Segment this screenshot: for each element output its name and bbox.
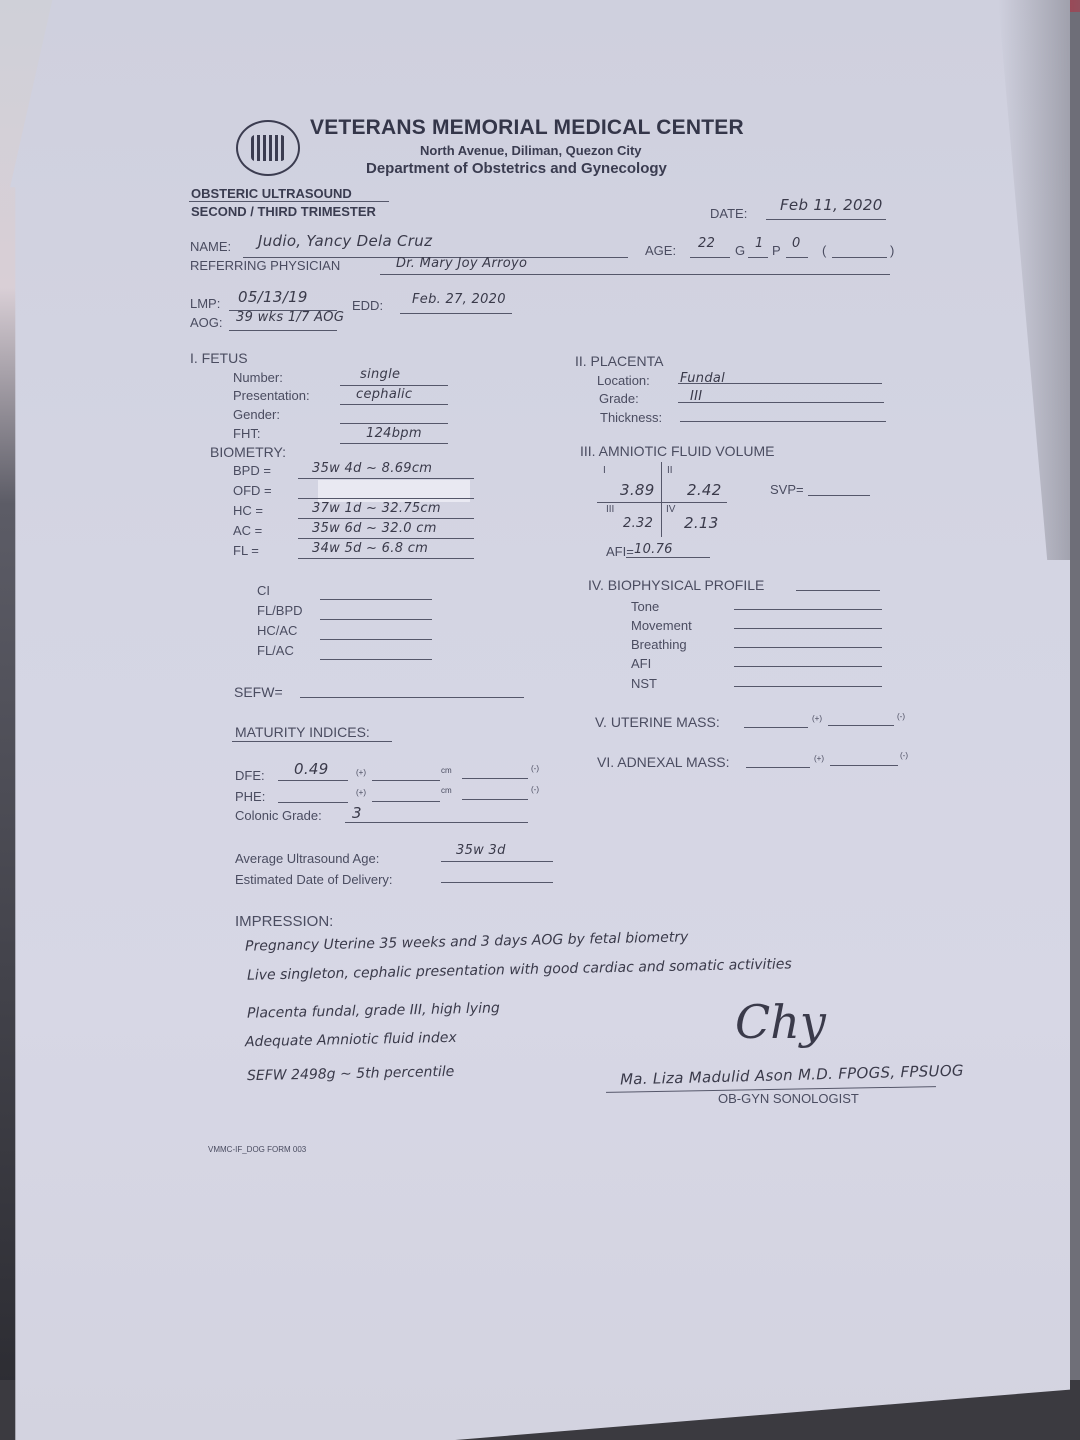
- fht-label: FHT:: [233, 426, 260, 441]
- biophysical-item-label: AFI: [631, 656, 651, 671]
- edd-value: Feb. 27, 2020: [412, 292, 506, 307]
- ratio-line: [320, 619, 432, 620]
- uterine-mass-plus: (+): [812, 714, 822, 723]
- sonologist-name: Ma. Liza Madulid Ason M.D. FPOGS, FPSUOG: [620, 1062, 964, 1089]
- hospital-seal-icon: [236, 120, 300, 176]
- avg-us-age-label: Average Ultrasound Age:: [235, 851, 379, 866]
- phe-cm: cm: [441, 786, 452, 795]
- afv-divider-horizontal: [597, 502, 727, 503]
- age-value: 22: [698, 236, 715, 251]
- biophysical-line: [734, 628, 882, 629]
- quadrant-iii-label: III: [606, 504, 614, 515]
- quadrant-iii-value: 2.32: [623, 516, 653, 531]
- impression-line: Adequate Amniotic fluid index: [245, 1030, 457, 1050]
- impression-line: SEFW 2498g ~ 5th percentile: [247, 1064, 455, 1084]
- colonic-grade-label: Colonic Grade:: [235, 808, 322, 823]
- number-label: Number:: [233, 370, 283, 385]
- biometry-line: [298, 518, 474, 519]
- ratio-line: [320, 659, 432, 660]
- impression-line: Placenta fundal, grade III, high lying: [247, 1000, 500, 1021]
- dfe-value: 0.49: [294, 760, 329, 778]
- aog-value: 39 wks 1/7 AOG: [236, 310, 344, 325]
- referring-physician-value: Dr. Mary Joy Arroyo: [396, 256, 527, 271]
- biophysical-line: [734, 686, 882, 687]
- phe-minus: (-): [531, 785, 539, 794]
- dfe-plus: (+): [356, 768, 366, 777]
- biometry-label: HC =: [233, 503, 263, 518]
- age-label: AGE:: [645, 243, 676, 258]
- biometry-value: 35w 6d ~ 32.0 cm: [312, 521, 437, 536]
- institution-address: North Avenue, Diliman, Quezon City: [420, 143, 642, 158]
- form-title: OBSTERIC ULTRASOUND: [191, 186, 352, 201]
- dfe-cm: cm: [441, 766, 452, 775]
- fht-value: 124bpm: [366, 426, 422, 441]
- paren-open: (: [822, 243, 826, 258]
- edd-label: EDD:: [352, 298, 383, 313]
- adnexal-mass-minus: (-): [900, 751, 908, 760]
- ratio-label: FL/AC: [257, 643, 294, 658]
- name-value: Judio, Yancy Dela Cruz: [258, 232, 432, 250]
- biometry-value: 37w 1d ~ 32.75cm: [312, 501, 441, 516]
- quadrant-ii-label: II: [667, 465, 673, 476]
- placenta-grade-label: Grade:: [599, 391, 639, 406]
- gravida-value: 1: [755, 236, 764, 251]
- presentation-value: cephalic: [356, 387, 412, 402]
- biometry-value: 34w 5d ~ 6.8 cm: [312, 541, 428, 556]
- biophysical-section-title: IV. BIOPHYSICAL PROFILE: [588, 577, 764, 593]
- biometry-line: [298, 538, 474, 539]
- biometry-title: BIOMETRY:: [210, 444, 286, 460]
- quadrant-i-label: I: [603, 465, 606, 476]
- biophysical-item-label: Breathing: [631, 637, 687, 652]
- dfe-minus: (-): [531, 764, 539, 773]
- lmp-label: LMP:: [190, 296, 220, 311]
- dfe-label: DFE:: [235, 768, 265, 783]
- form-subtitle: SECOND / THIRD TRIMESTER: [191, 204, 376, 219]
- referring-physician-label: REFERRING PHYSICIAN: [190, 258, 340, 273]
- quadrant-iv-value: 2.13: [684, 514, 719, 532]
- colonic-grade-value: 3: [352, 804, 362, 822]
- ultrasound-report: VETERANS MEMORIAL MEDICAL CENTER North A…: [0, 0, 1080, 1440]
- avg-us-age-value: 35w 3d: [456, 843, 506, 858]
- biophysical-line: [734, 609, 882, 610]
- sonologist-title: OB-GYN SONOLOGIST: [718, 1091, 859, 1106]
- biometry-line: [298, 498, 474, 499]
- date-value: Feb 11, 2020: [780, 196, 883, 214]
- uterine-mass-minus: (-): [897, 712, 905, 721]
- ratio-line: [320, 599, 432, 600]
- biophysical-item-label: Movement: [631, 618, 692, 633]
- quadrant-iv-label: IV: [666, 504, 675, 515]
- ratio-label: FL/BPD: [257, 603, 303, 618]
- biophysical-line: [734, 666, 882, 667]
- quadrant-i-value: 3.89: [620, 481, 655, 499]
- ratio-label: CI: [257, 583, 270, 598]
- form-code: VMMC-IF_DOG FORM 003: [208, 1145, 306, 1154]
- phe-plus: (+): [356, 788, 366, 797]
- presentation-label: Presentation:: [233, 388, 310, 403]
- impression-title: IMPRESSION:: [235, 913, 333, 930]
- biometry-label: OFD =: [233, 483, 272, 498]
- signature-mark: Chy: [735, 995, 826, 1049]
- biophysical-item-label: Tone: [631, 599, 659, 614]
- biometry-line: [298, 558, 474, 559]
- biometry-value: 35w 4d ~ 8.69cm: [312, 461, 432, 476]
- placenta-section-title: II. PLACENTA: [575, 353, 663, 369]
- biometry-label: BPD =: [233, 463, 271, 478]
- gender-label: Gender:: [233, 407, 280, 422]
- sefw-label: SEFW=: [234, 684, 283, 700]
- amniotic-section-title: III. AMNIOTIC FLUID VOLUME: [580, 443, 774, 459]
- phe-label: PHE:: [235, 789, 265, 804]
- biophysical-item-label: NST: [631, 676, 657, 691]
- biometry-label: FL =: [233, 543, 259, 558]
- adnexal-mass-plus: (+): [814, 754, 824, 763]
- placenta-thickness-label: Thickness:: [600, 410, 662, 425]
- edd-us-label: Estimated Date of Delivery:: [235, 872, 393, 887]
- ratio-label: HC/AC: [257, 623, 297, 638]
- quadrant-ii-value: 2.42: [687, 481, 722, 499]
- paren-close: ): [890, 243, 894, 258]
- para-value: 0: [792, 236, 801, 251]
- biometry-line: [298, 478, 474, 479]
- biometry-label: AC =: [233, 523, 262, 538]
- maturity-indices-title: MATURITY INDICES:: [235, 724, 370, 740]
- ratio-line: [320, 639, 432, 640]
- department-name: Department of Obstetrics and Gynecology: [366, 160, 667, 177]
- para-label: P: [772, 243, 781, 258]
- adnexal-mass-label: VI. ADNEXAL MASS:: [597, 754, 730, 770]
- placenta-location-label: Location:: [597, 373, 650, 388]
- name-label: NAME:: [190, 239, 231, 254]
- number-value: single: [360, 367, 400, 382]
- svp-label: SVP=: [770, 482, 804, 497]
- afv-divider-vertical: [661, 462, 662, 537]
- uterine-mass-label: V. UTERINE MASS:: [595, 714, 720, 730]
- aog-label: AOG:: [190, 315, 223, 330]
- impression-line: Pregnancy Uterine 35 weeks and 3 days AO…: [245, 929, 689, 954]
- biophysical-line: [734, 647, 882, 648]
- date-label: DATE:: [710, 206, 747, 221]
- lmp-value: 05/13/19: [238, 288, 308, 306]
- institution-name: VETERANS MEMORIAL MEDICAL CENTER: [310, 116, 744, 140]
- afi-value: 10.76: [634, 542, 673, 557]
- gravida-label: G: [735, 243, 745, 258]
- fetus-section-title: I. FETUS: [190, 350, 248, 366]
- impression-line: Live singleton, cephalic presentation wi…: [247, 956, 792, 983]
